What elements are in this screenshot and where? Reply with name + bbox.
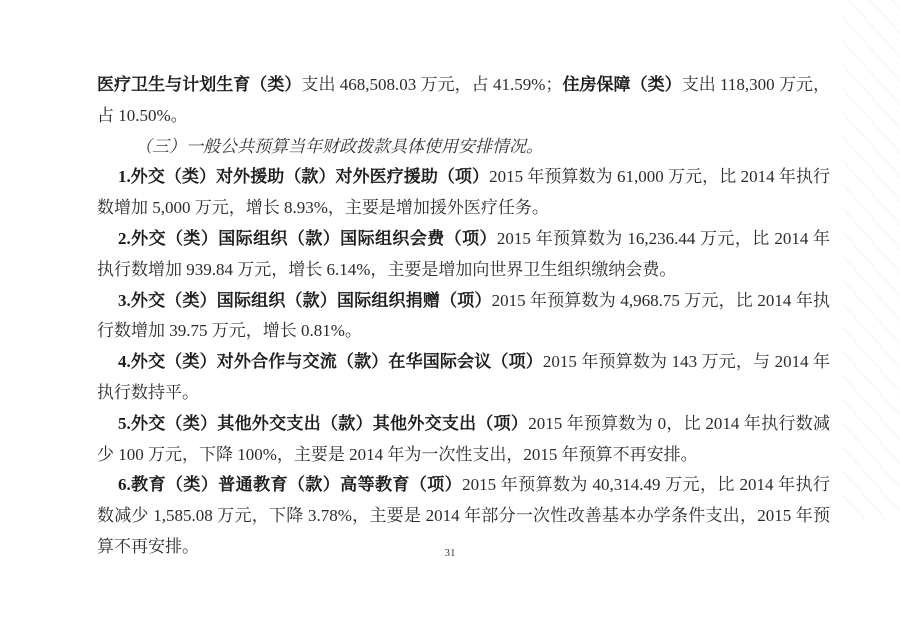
budget-item-1-heading: 1.外交（类）对外援助（款）对外医疗援助（项） (118, 167, 489, 186)
intro-health-amount-text: 支出 468,508.03 万元，占 41.59%； (301, 75, 562, 94)
page-number: 31 (0, 547, 900, 559)
budget-item-3-heading: 3.外交（类）国际组织（款）国际组织捐赠（项） (118, 291, 492, 310)
scan-artifact-texture (842, 0, 900, 520)
intro-category-housing-label: 住房保障（类） (562, 75, 681, 94)
budget-item-5: 5.外交（类）其他外交支出（款）其他外交支出（项）2015 年预算数为 0，比 … (97, 409, 830, 471)
document-text-block: 医疗卫生与计划生育（类）支出 468,508.03 万元，占 41.59%；住房… (97, 70, 830, 563)
document-page: 医疗卫生与计划生育（类）支出 468,508.03 万元，占 41.59%；住房… (0, 0, 900, 636)
budget-item-1: 1.外交（类）对外援助（款）对外医疗援助（项）2015 年预算数为 61,000… (97, 162, 830, 224)
budget-item-3: 3.外交（类）国际组织（款）国际组织捐赠（项）2015 年预算数为 4,968.… (97, 286, 830, 348)
section-heading: （三）一般公共预算当年财政拨款具体使用安排情况。 (97, 132, 830, 163)
budget-item-4-heading: 4.外交（类）对外合作与交流（款）在华国际会议（项） (118, 352, 543, 371)
budget-item-4: 4.外交（类）对外合作与交流（款）在华国际会议（项）2015 年预算数为 143… (97, 347, 830, 409)
budget-item-2-heading: 2.外交（类）国际组织（款）国际组织会费（项） (118, 229, 497, 248)
budget-item-6-heading: 6.教育（类）普通教育（款）高等教育（项） (118, 475, 462, 494)
budget-item-5-heading: 5.外交（类）其他外交支出（款）其他外交支出（项） (118, 414, 528, 433)
budget-item-2: 2.外交（类）国际组织（款）国际组织会费（项）2015 年预算数为 16,236… (97, 224, 830, 286)
paragraph-intro: 医疗卫生与计划生育（类）支出 468,508.03 万元，占 41.59%；住房… (97, 70, 830, 132)
intro-category-health-label: 医疗卫生与计划生育（类） (97, 75, 301, 94)
